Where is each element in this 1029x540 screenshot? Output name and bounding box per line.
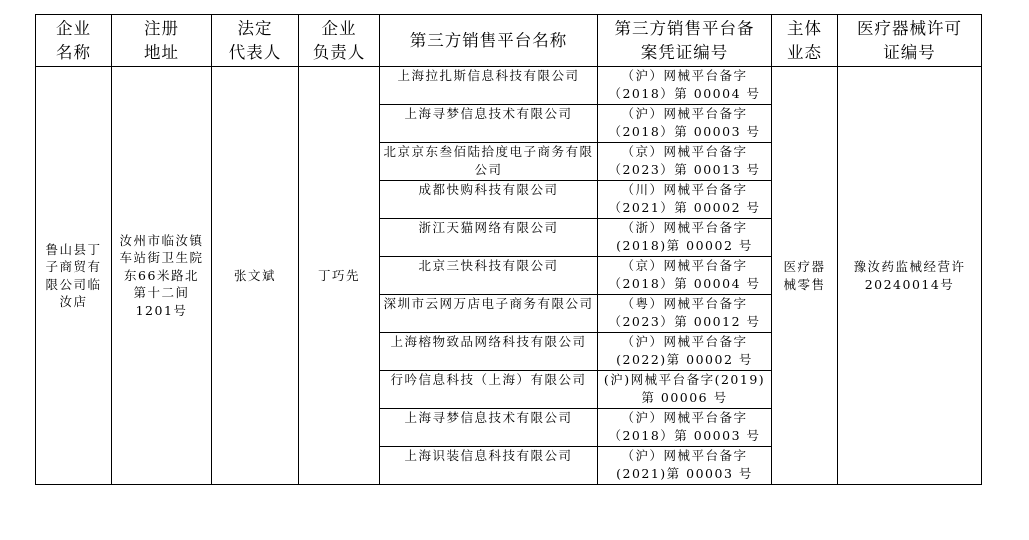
header-text: 企业	[302, 17, 376, 41]
platform-name-cell: 行吟信息科技（上海）有限公司	[380, 371, 598, 409]
platform-filing-cell: （浙）网械平台备字(2018)第 00002 号	[598, 219, 772, 257]
platform-filing-cell: （沪）网械平台备字(2022)第 00002 号	[598, 333, 772, 371]
platform-filing-cell: (沪)网械平台备字(2019)第 00006 号	[598, 371, 772, 409]
person-in-charge-cell: 丁巧先	[299, 67, 380, 485]
platform-filing-cell: （沪）网械平台备字（2018）第 00004 号	[598, 67, 772, 105]
platform-filing-cell: （京）网械平台备字（2018）第 00004 号	[598, 257, 772, 295]
header-text: 医疗器械许可	[841, 17, 978, 41]
header-business-type: 主体 业态	[772, 15, 838, 67]
license-number-cell: 豫汝药监械经营许20240014号	[838, 67, 982, 485]
platform-name-cell: 上海寻梦信息技术有限公司	[380, 409, 598, 447]
platform-name-cell: 成都快购科技有限公司	[380, 181, 598, 219]
platform-name-cell: 上海拉扎斯信息科技有限公司	[380, 67, 598, 105]
platform-name-cell: 上海榕物致品网络科技有限公司	[380, 333, 598, 371]
header-text: 第三方销售平台名称	[383, 29, 594, 53]
platform-filing-cell: （粤）网械平台备字（2023）第 00012 号	[598, 295, 772, 333]
header-platform-filing-number: 第三方销售平台备 案凭证编号	[598, 15, 772, 67]
registration-table: 企业 名称 注册 地址 法定 代表人 企业 负责人 第三方销售平台名称 第三方销…	[35, 14, 982, 485]
header-enterprise-name: 企业 名称	[36, 15, 112, 67]
legal-representative-cell: 张文斌	[212, 67, 299, 485]
header-text: 代表人	[215, 41, 295, 65]
header-registered-address: 注册 地址	[112, 15, 212, 67]
header-text: 名称	[39, 41, 108, 65]
header-text: 地址	[115, 41, 208, 65]
header-text: 业态	[775, 41, 834, 65]
registered-address-cell: 汝州市临汝镇车站街卫生院东66米路北第十二间1201号	[112, 67, 212, 485]
platform-filing-cell: （沪）网械平台备字(2021)第 00003 号	[598, 447, 772, 485]
header-text: 法定	[215, 17, 295, 41]
header-platform-name: 第三方销售平台名称	[380, 15, 598, 67]
header-text: 第三方销售平台备	[601, 17, 768, 41]
platform-filing-cell: （沪）网械平台备字（2018）第 00003 号	[598, 105, 772, 143]
header-text: 负责人	[302, 41, 376, 65]
header-text: 主体	[775, 17, 834, 41]
platform-filing-cell: （川）网械平台备字（2021）第 00002 号	[598, 181, 772, 219]
header-text: 证编号	[841, 41, 978, 65]
platform-name-cell: 上海寻梦信息技术有限公司	[380, 105, 598, 143]
platform-filing-cell: （沪）网械平台备字（2018）第 00003 号	[598, 409, 772, 447]
business-type-cell: 医疗器械零售	[772, 67, 838, 485]
header-text: 注册	[115, 17, 208, 41]
platform-name-cell: 北京三快科技有限公司	[380, 257, 598, 295]
header-row: 企业 名称 注册 地址 法定 代表人 企业 负责人 第三方销售平台名称 第三方销…	[36, 15, 982, 67]
platform-name-cell: 北京京东叁佰陆拾度电子商务有限公司	[380, 143, 598, 181]
header-text: 案凭证编号	[601, 41, 768, 65]
enterprise-name-cell: 鲁山县丁子商贸有限公司临汝店	[36, 67, 112, 485]
header-person-in-charge: 企业 负责人	[299, 15, 380, 67]
platform-name-cell: 上海识装信息科技有限公司	[380, 447, 598, 485]
platform-name-cell: 深圳市云网万店电子商务有限公司	[380, 295, 598, 333]
header-legal-representative: 法定 代表人	[212, 15, 299, 67]
table-row: 鲁山县丁子商贸有限公司临汝店 汝州市临汝镇车站街卫生院东66米路北第十二间120…	[36, 67, 982, 105]
platform-name-cell: 浙江天猫网络有限公司	[380, 219, 598, 257]
header-license-number: 医疗器械许可 证编号	[838, 15, 982, 67]
platform-filing-cell: （京）网械平台备字（2023）第 00013 号	[598, 143, 772, 181]
header-text: 企业	[39, 17, 108, 41]
